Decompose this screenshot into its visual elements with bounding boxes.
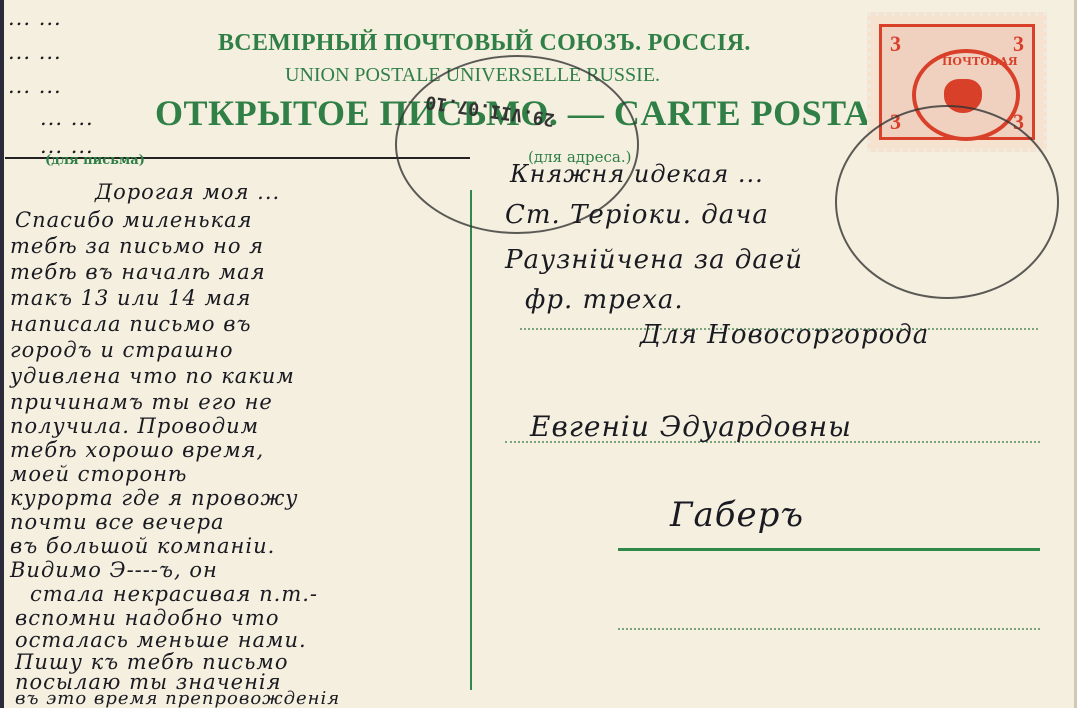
postcard: ВСЕМІРНЫЙ ПОЧТОВЫЙ СОЮЗЪ. РОССІЯ. UNION … bbox=[0, 0, 1077, 708]
address-dotted-line-3 bbox=[618, 628, 1040, 630]
stamp-text: ПОЧТОВАЯ bbox=[942, 55, 1018, 68]
card-edge-left bbox=[0, 0, 4, 708]
stamp-denomination-tl: 3 bbox=[890, 31, 901, 57]
stamp-denomination-tr: 3 bbox=[1013, 31, 1024, 57]
center-divider-line bbox=[470, 190, 472, 690]
address-solid-line bbox=[618, 548, 1040, 551]
header-upu-russian: ВСЕМІРНЫЙ ПОЧТОВЫЙ СОЮЗЪ. РОССІЯ. bbox=[218, 30, 751, 57]
postmark-circle-2 bbox=[835, 105, 1059, 299]
